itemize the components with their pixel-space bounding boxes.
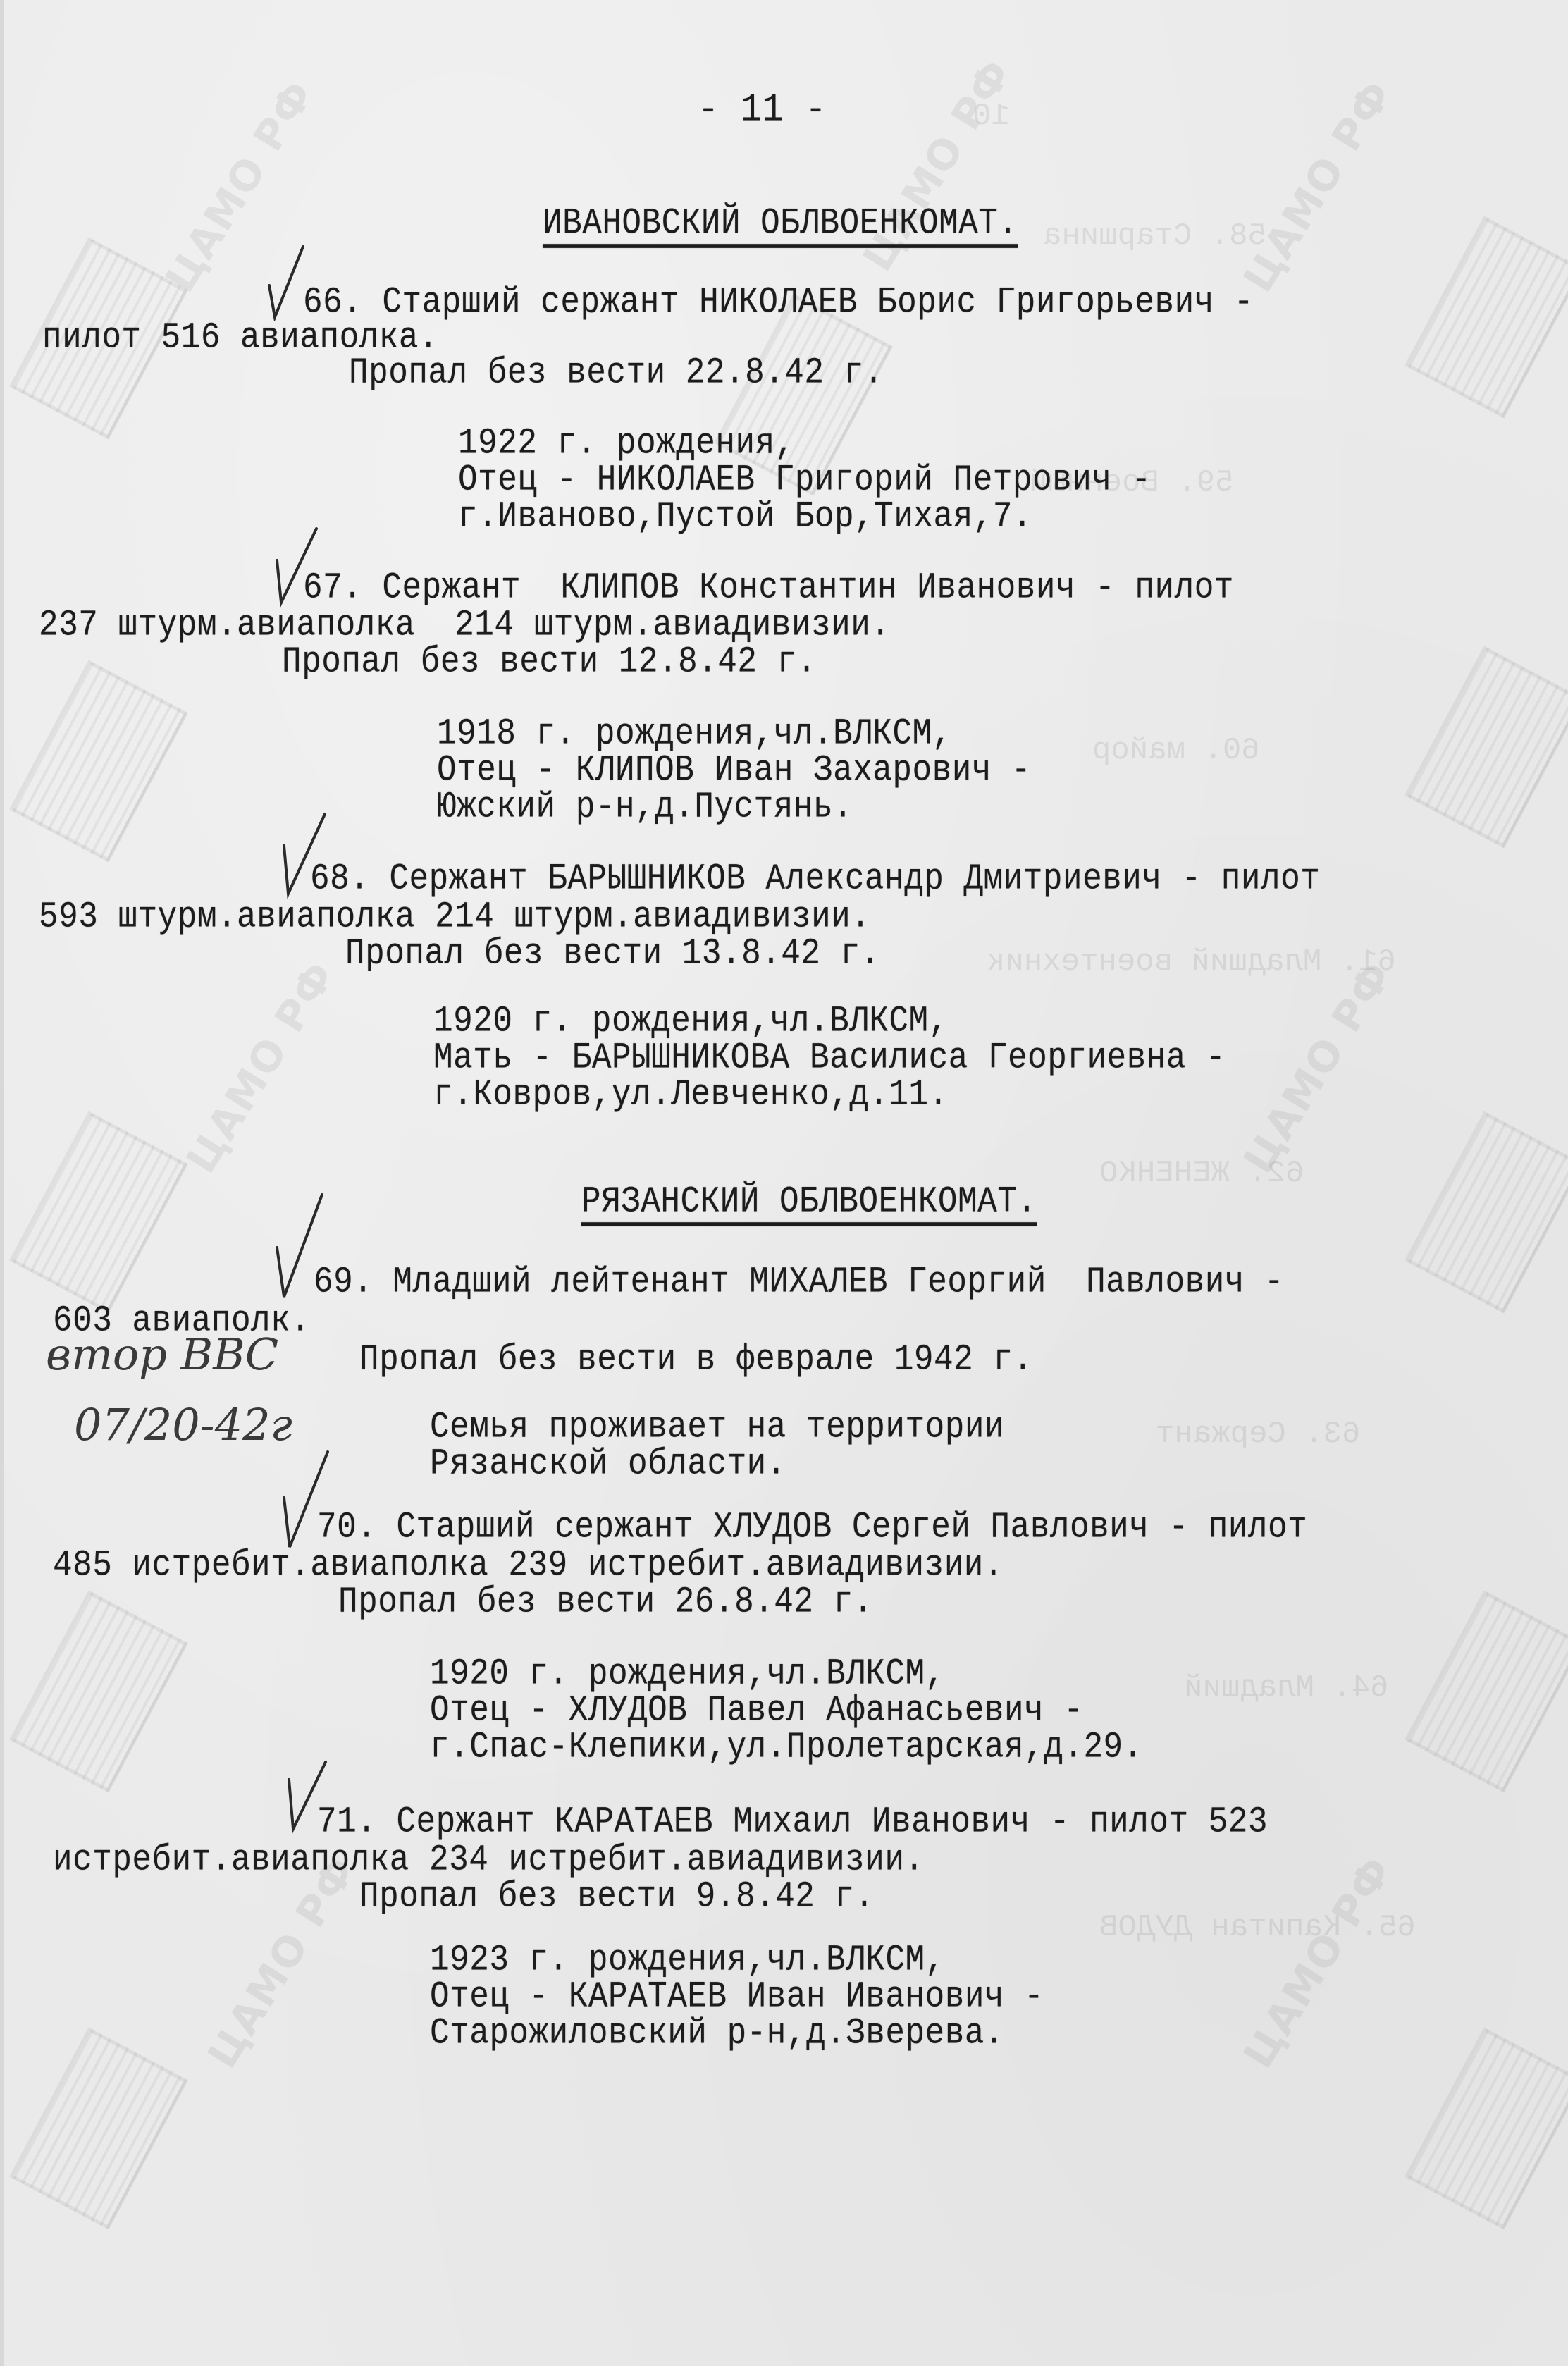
entry-68-relative: Мать - БАРЫШНИКОВА Василиса Георгиевна -	[433, 1037, 1226, 1078]
bleed-through-page-number: 10	[973, 99, 1010, 134]
entry-68-line-2: 593 штурм.авиаполка 214 штурм.авиадивизи…	[39, 897, 870, 937]
bleed-through-text: 65. Капитан ДУДОВ	[1099, 1910, 1416, 1945]
entry-70-status: Пропал без вести 26.8.42 г.	[338, 1582, 873, 1622]
entry-70-relative: Отец - ХЛУДОВ Павел Афанасьевич -	[430, 1690, 1083, 1731]
archive-watermark: ЦАМО РФ	[1234, 1848, 1402, 2076]
entry-70-birth: 1920 г. рождения,чл.ВЛКСМ,	[430, 1653, 945, 1694]
entry-68-birth: 1920 г. рождения,чл.ВЛКСМ,	[433, 1001, 949, 1042]
bleed-through-text: 64. Младший	[1184, 1670, 1388, 1706]
entry-66-relative: Отец - НИКОЛАЕВ Григорий Петрович -	[458, 460, 1152, 500]
entry-67-relative: Отец - КЛИПОВ Иван Захарович -	[437, 750, 1031, 791]
handwritten-note-line-1: втор ВВС	[46, 1329, 278, 1380]
archive-watermark: ЦАМО РФ	[1234, 953, 1402, 1181]
entry-69-family: Семья проживает на территории	[430, 1407, 1004, 1448]
entry-66-line-1: 66. Старший сержант НИКОЛАЕВ Борис Григо…	[303, 282, 1254, 323]
entry-71-relative: Отец - КАРАТАЕВ Иван Иванович -	[430, 1976, 1044, 2017]
watermark-flag-icon	[1405, 646, 1568, 848]
entry-67-line-1: 67. Сержант КЛИПОВ Константин Иванович -…	[303, 567, 1234, 608]
entry-71-address: Старожиловский р-н,д.Зверева.	[430, 2013, 1004, 2054]
page-number: - 11 -	[698, 90, 827, 131]
entry-67-line-2: 237 штурм.авиаполка 214 штурм.авиадивизи…	[39, 605, 891, 646]
watermark-flag-icon	[9, 1590, 188, 1792]
entry-70-line-2: 485 истребит.авиаполка 239 истребит.авиа…	[53, 1545, 1004, 1586]
entry-68-status: Пропал без вести 13.8.42 г.	[345, 933, 880, 974]
archive-watermark: ЦАМО РФ	[853, 51, 1021, 279]
entry-71-birth: 1923 г. рождения,чл.ВЛКСМ,	[430, 1940, 945, 1980]
watermark-flag-icon	[1405, 1111, 1568, 1313]
archive-watermark: ЦАМО РФ	[1234, 72, 1402, 300]
entry-69-region: Рязанской области.	[430, 1443, 786, 1484]
entry-68-address: г.Ковров,ул.Левченко,д.11.	[433, 1074, 949, 1115]
watermark-flag-icon	[1405, 2027, 1568, 2229]
document-page: ЦАМО РФ ЦАМО РФ ЦАМО РФ ЦАМО РФ ЦАМО РФ …	[0, 0, 1568, 2366]
entry-68-line-1: 68. Сержант БАРЫШНИКОВ Александр Дмитрие…	[310, 858, 1320, 899]
bleed-through-text: 63. Сержант	[1156, 1417, 1360, 1452]
archive-watermark: ЦАМО РФ	[198, 1848, 366, 2076]
entry-66-birth: 1922 г. рождения,	[458, 423, 795, 464]
handwritten-note-line-2: 07/20-42г	[74, 1399, 292, 1450]
entry-70-address: г.Спас-Клепики,ул.Пролетарская,д.29.	[430, 1727, 1143, 1768]
watermark-flag-icon	[1405, 216, 1568, 418]
entry-71-line-1: 71. Сержант КАРАТАЕВ Михаил Иванович - п…	[317, 1801, 1268, 1842]
section-heading-ryazan: РЯЗАНСКИЙ ОБЛВОЕНКОМАТ.	[581, 1181, 1037, 1222]
bleed-through-text: 58. Старшина	[1043, 218, 1266, 254]
entry-69-line-1: 69. Младший лейтенант МИХАЛЕВ Георгий Па…	[314, 1262, 1284, 1302]
entry-69-status: Пропал без вести в феврале 1942 г.	[359, 1339, 1033, 1380]
watermark-flag-icon	[1405, 1590, 1568, 1792]
archive-watermark: ЦАМО РФ	[156, 72, 323, 300]
entry-70-line-1: 70. Старший сержант ХЛУДОВ Сергей Павлов…	[317, 1507, 1307, 1548]
watermark-flag-icon	[9, 1111, 188, 1313]
entry-67-address: Южский р-н,д.Пустянь.	[437, 787, 853, 827]
bleed-through-text: 62. ЖЕНЕНКО	[1099, 1156, 1304, 1191]
entry-71-line-2: истребит.авиаполка 234 истребит.авиадиви…	[53, 1840, 925, 1880]
page-edge	[0, 0, 4, 2366]
bleed-through-text: 61. Младший воентехник	[987, 944, 1396, 980]
entry-71-status: Пропал без вести 9.8.42 г.	[359, 1876, 875, 1917]
archive-watermark: ЦАМО РФ	[177, 953, 345, 1181]
entry-67-status: Пропал без вести 12.8.42 г.	[282, 641, 817, 682]
section-heading-ivanovo: ИВАНОВСКИЙ ОБЛВОЕНКОМАТ.	[543, 203, 1018, 244]
entry-66-address: г.Иваново,Пустой Бор,Тихая,7.	[458, 496, 1032, 537]
bleed-through-text: 60. майор	[1092, 733, 1260, 768]
watermark-flag-icon	[9, 2027, 188, 2229]
watermark-flag-icon	[9, 660, 188, 862]
entry-67-birth: 1918 г. рождения,чл.ВЛКСМ,	[437, 713, 952, 754]
entry-66-status: Пропал без вести 22.8.42 г.	[349, 352, 884, 393]
